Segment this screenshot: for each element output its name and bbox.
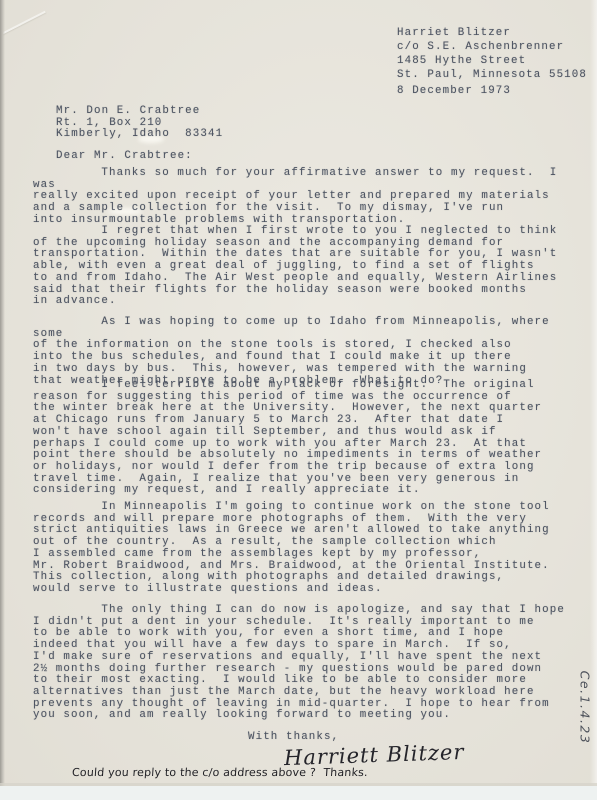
letter-paragraph: I feel terrible about my lack of foresig… <box>33 380 585 497</box>
letter-paragraph: I regret that when I first wrote to you … <box>33 226 585 308</box>
letter-paragraph: As I was hoping to come up to Idaho from… <box>33 317 585 387</box>
letter-paragraph: Thanks so much for your affirmative answ… <box>33 168 585 227</box>
sender-address: Harriet Blitzer c/o S.E. Aschenbrenner 1… <box>397 26 587 82</box>
recipient-address: Mr. Don E. Crabtree Rt. 1, Box 210 Kimbe… <box>56 106 223 141</box>
paper-left-edge <box>0 0 5 800</box>
scan-background-strip <box>0 786 597 800</box>
closing-line: With thanks, <box>248 732 339 744</box>
letter-paragraph: In Minneapolis I'm going to continue wor… <box>33 502 585 596</box>
letter-date: 8 December 1973 <box>397 86 511 98</box>
letter-page: Harriet Blitzer c/o S.E. Aschenbrenner 1… <box>0 0 597 800</box>
letter-paragraph: The only thing I can do now is apologize… <box>33 605 585 722</box>
paper-crease <box>0 11 45 35</box>
handwritten-postscript: Could you reply to the c/o address above… <box>72 766 369 779</box>
paper-right-edge <box>590 0 597 786</box>
salutation: Dear Mr. Crabtree: <box>56 151 193 163</box>
